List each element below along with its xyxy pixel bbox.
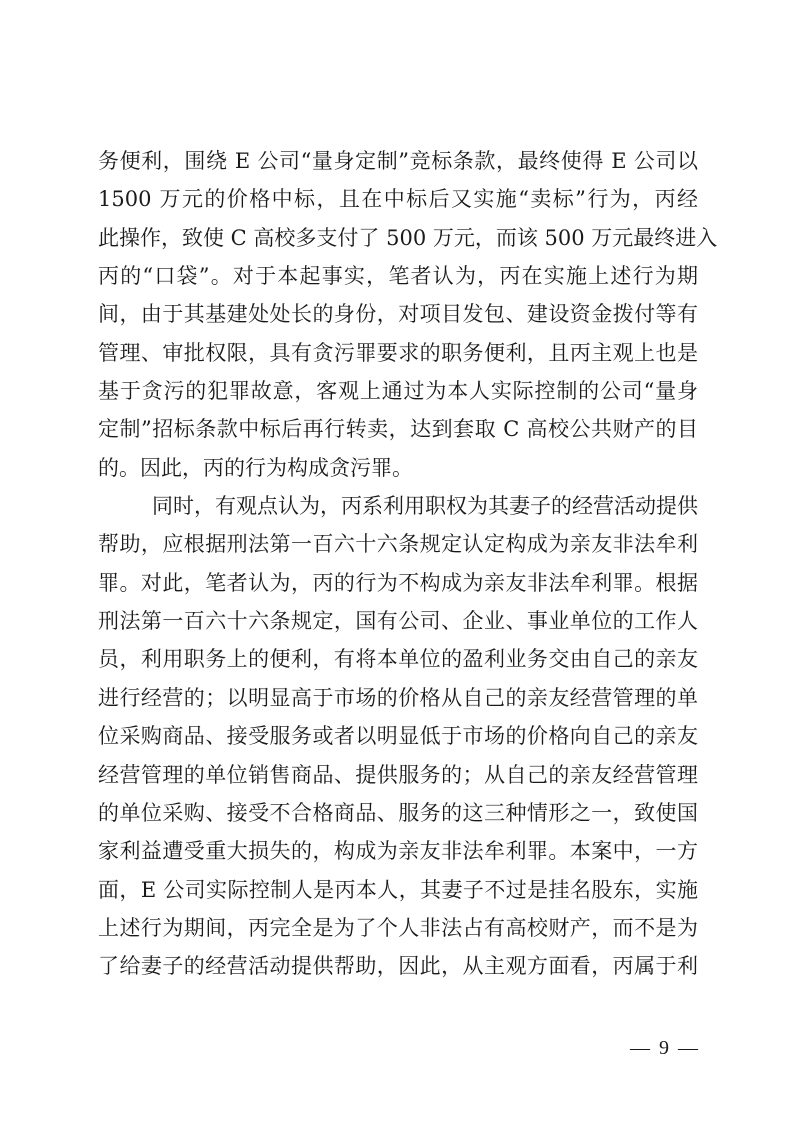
text-line: 了给妻子的经营活动提供帮助，因此，从主观方面看，丙属于利 (98, 947, 698, 985)
text-line: 的单位采购、接受不合格商品、服务的这三种情形之一，致使国 (98, 794, 698, 832)
text-line: 基于贪污的犯罪故意，客观上通过为本人实际控制的公司“量身 (98, 372, 698, 410)
text-line: 刑法第一百六十六条规定，国有公司、企业、事业单位的工作人 (98, 602, 698, 640)
text-line: 进行经营的；以明显高于市场的价格从自己的亲友经营管理的单 (98, 679, 698, 717)
body-text: 务便利，围绕 E 公司“量身定制”竞标条款，最终使得 E 公司以 1500 万元… (98, 142, 698, 986)
text-line: 间，由于其基建处处长的身份，对项目发包、建设资金拨付等有 (98, 295, 698, 333)
text-line: 罪。对此，笔者认为，丙的行为不构成为亲友非法牟利罪。根据 (98, 564, 698, 602)
paragraph-2: 同时，有观点认为，丙系利用职权为其妻子的经营活动提供 帮助，应根据刑法第一百六十… (98, 487, 698, 985)
page-number: — 9 — (630, 1037, 700, 1060)
text-line: 员，利用职务上的便利，有将本单位的盈利业务交由自己的亲友 (98, 640, 698, 678)
paragraph-1: 务便利，围绕 E 公司“量身定制”竞标条款，最终使得 E 公司以 1500 万元… (98, 142, 698, 487)
text-line: 经营管理的单位销售商品、提供服务的；从自己的亲友经营管理 (98, 756, 698, 794)
text-line: 此操作，致使 C 高校多支付了 500 万元，而该 500 万元最终进入 (98, 219, 698, 257)
text-line: 上述行为期间，丙完全是为了个人非法占有高校财产，而不是为 (98, 909, 698, 947)
text-line: 务便利，围绕 E 公司“量身定制”竞标条款，最终使得 E 公司以 (98, 142, 698, 180)
text-line: 同时，有观点认为，丙系利用职权为其妻子的经营活动提供 (98, 487, 698, 525)
text-line: 1500 万元的价格中标，且在中标后又实施“卖标”行为，丙经 (98, 180, 698, 218)
text-line: 位采购商品、接受服务或者以明显低于市场的价格向自己的亲友 (98, 717, 698, 755)
document-page: 务便利，围绕 E 公司“量身定制”竞标条款，最终使得 E 公司以 1500 万元… (0, 0, 793, 1122)
text-line: 面，E 公司实际控制人是丙本人，其妻子不过是挂名股东，实施 (98, 871, 698, 909)
text-line: 丙的“口袋”。对于本起事实，笔者认为，丙在实施上述行为期 (98, 257, 698, 295)
text-line: 帮助，应根据刑法第一百六十六条规定认定构成为亲友非法牟利 (98, 525, 698, 563)
text-line: 的。因此，丙的行为构成贪污罪。 (98, 449, 698, 487)
text-line: 管理、审批权限，具有贪污罪要求的职务便利，且丙主观上也是 (98, 334, 698, 372)
text-line: 家利益遭受重大损失的，构成为亲友非法牟利罪。本案中，一方 (98, 832, 698, 870)
text-line: 定制”招标条款中标后再行转卖，达到套取 C 高校公共财产的目 (98, 410, 698, 448)
